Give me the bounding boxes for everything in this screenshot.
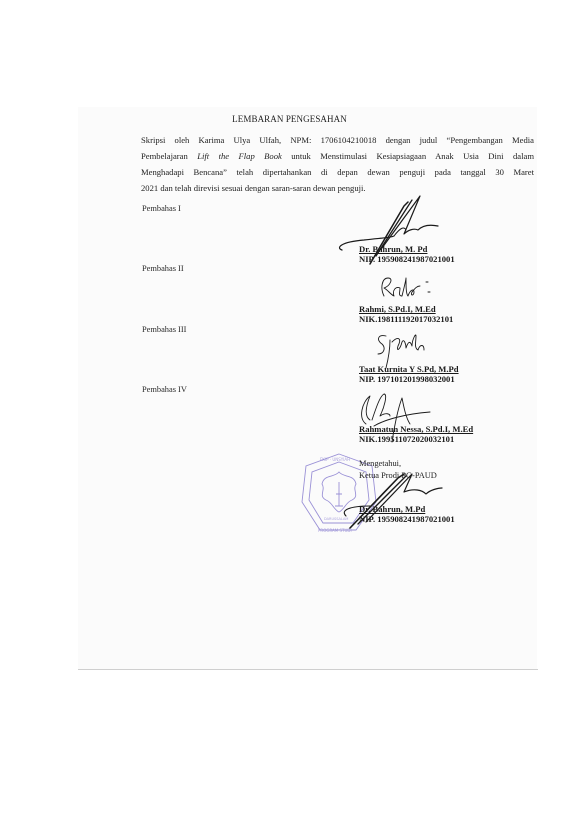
- examiner-4-id: NIK.199511072020032101: [359, 434, 473, 444]
- head-of-program-name: Dr. Bahrun, M.Pd: [359, 504, 455, 514]
- examiner-4-block: Rahmatun Nessa, S.Pd.I, M.Ed NIK.1995110…: [359, 424, 473, 444]
- examiner-3-name: Taat Kurnita Y S.Pd, M.Pd: [359, 364, 459, 374]
- examiner-1-id: NIP. 195908241987021001: [359, 254, 455, 264]
- stamp-top-text: FKIP · UNSYIAH: [320, 457, 350, 462]
- examiner-3-label: Pembahas III: [142, 325, 186, 334]
- page-divider: [78, 669, 538, 670]
- signature-examiner-2: [378, 274, 438, 304]
- paragraph-line: Pembelajaran Lift the Flap Book untuk Me…: [141, 148, 534, 164]
- approval-paragraph: Skripsi oleh Karima Ulya Ulfah, NPM: 170…: [141, 132, 534, 196]
- examiner-3-id: NIP. 197101201998032001: [359, 374, 459, 384]
- paragraph-line: Skripsi oleh Karima Ulya Ulfah, NPM: 170…: [141, 132, 534, 148]
- signature-head-of-program: [330, 466, 460, 536]
- examiner-4-name: Rahmatun Nessa, S.Pd.I, M.Ed: [359, 424, 473, 434]
- document-title: LEMBARAN PENGESAHAN: [0, 114, 579, 124]
- examiner-1-label: Pembahas I: [142, 204, 181, 213]
- examiner-1-block: Dr. Bahrun, M. Pd NIP. 19590824198702100…: [359, 244, 455, 264]
- examiner-2-block: Rahmi, S.Pd.I, M.Ed NIK.1981111920170321…: [359, 304, 453, 324]
- paragraph-line: Menghadapi Bencana” telah dipertahankan …: [141, 164, 534, 180]
- examiner-2-id: NIK.198111192017032101: [359, 314, 453, 324]
- examiner-1-name: Dr. Bahrun, M. Pd: [359, 244, 455, 254]
- examiner-2-name: Rahmi, S.Pd.I, M.Ed: [359, 304, 453, 314]
- examiner-2-label: Pembahas II: [142, 264, 184, 273]
- paragraph-line: 2021 dan telah direvisi sesuai dengan sa…: [141, 180, 534, 196]
- examiner-4-label: Pembahas IV: [142, 385, 187, 394]
- examiner-3-block: Taat Kurnita Y S.Pd, M.Pd NIP. 197101201…: [359, 364, 459, 384]
- head-of-program-id: NIP. 195908241987021001: [359, 514, 455, 524]
- head-of-program-block: Dr. Bahrun, M.Pd NIP. 195908241987021001: [359, 504, 455, 524]
- book-title: Lift the Flap Book: [197, 151, 282, 161]
